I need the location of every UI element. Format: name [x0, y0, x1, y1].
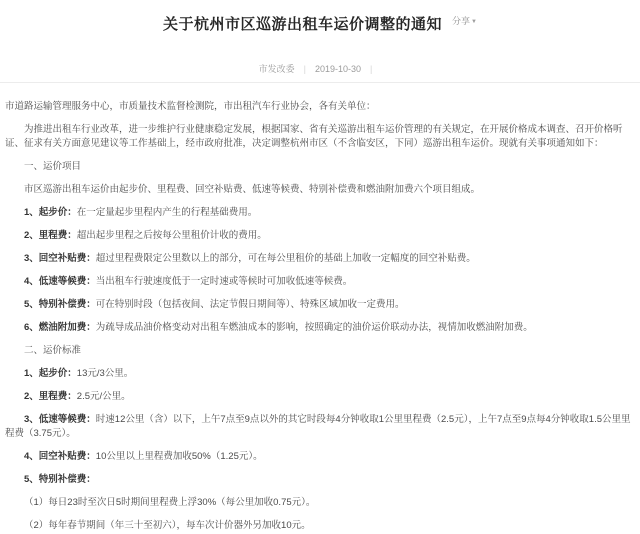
salutation: 市道路运输管理服务中心，市质量技术监督检测院，市出租汽车行业协会，各有关单位：	[5, 100, 634, 114]
fare-item: 2、里程费：2.5元/公里。	[5, 390, 634, 404]
fare-item-label: 1、起步价：	[24, 368, 77, 379]
fare-item-text: 为疏导成品油价格变动对出租车燃油成本的影响，按照确定的油价运价联动办法，视情加收…	[96, 322, 533, 333]
fare-item: 4、回空补贴费：10公里以上里程费加收50%（1.25元）。	[5, 450, 634, 464]
fare-item: 4、低速等候费：当出租车行驶速度低于一定时速或等候时可加收低速等候费。	[5, 275, 634, 289]
fare-item-label: 5、特别补偿费：	[24, 474, 96, 485]
document-body: 市道路运输管理服务中心，市质量技术监督检测院，市出租汽车行业协会，各有关单位： …	[0, 83, 640, 533]
fare-item: 3、低速等候费：时速12公里（含）以下，上午7点至9点以外的其它时段每4分钟收取…	[5, 413, 634, 441]
share-button[interactable]: 分享▼	[452, 14, 477, 27]
fare-item: 1、起步价：13元/3公里。	[5, 367, 634, 381]
fare-item-label: 2、里程费：	[24, 230, 77, 241]
caret-down-icon: ▼	[471, 19, 477, 25]
meta-date: 2019-10-30	[315, 64, 361, 74]
page-title: 关于杭州市区巡游出租车运价调整的通知	[163, 16, 442, 33]
section-1-heading: 一、运价项目	[5, 160, 634, 174]
fare-item: 1、起步价：在一定量起步里程内产生的行程基础费用。	[5, 206, 634, 220]
fare-item-text: 时速12公里（含）以下，上午7点至9点以外的其它时段每4分钟收取1公里里程费（2…	[5, 414, 631, 439]
fare-item-text: 2.5元/公里。	[77, 391, 131, 402]
fare-item: 5、特别补偿费：	[5, 473, 634, 487]
fare-item: 3、回空补贴费：超过里程费限定公里数以上的部分，可在每公里租价的基础上加收一定幅…	[5, 252, 634, 266]
fare-item-label: 3、回空补贴费：	[24, 253, 96, 264]
fare-item-label: 1、起步价：	[24, 207, 77, 218]
fare-subitem: （2）每年春节期间（年三十至初六），每车次计价器外另加收10元。	[5, 519, 634, 533]
section-2-heading: 二、运价标准	[5, 344, 634, 358]
fare-item: 5、特别补偿费：可在特别时段（包括夜间、法定节假日期间等）、特殊区域加收一定费用…	[5, 298, 634, 312]
fare-item-text: 当出租车行驶速度低于一定时速或等候时可加收低速等候费。	[96, 276, 353, 287]
meta-row: 市发改委|2019-10-30|	[0, 62, 640, 75]
fare-item-text: 13元/3公里。	[77, 368, 134, 379]
fare-item-label: 3、低速等候费：	[24, 414, 96, 425]
share-label: 分享	[452, 16, 470, 26]
fare-item: 6、燃油附加费：为疏导成品油价格变动对出租车燃油成本的影响，按照确定的油价运价联…	[5, 321, 634, 335]
fare-item-label: 2、里程费：	[24, 391, 77, 402]
fare-item-text: 10公里以上里程费加收50%（1.25元）。	[96, 451, 263, 462]
fare-item-label: 5、特别补偿费：	[24, 299, 96, 310]
fare-item-text: 超出起步里程之后按每公里租价计收的费用。	[77, 230, 267, 241]
meta-separator: |	[370, 64, 372, 74]
fare-item: 2、里程费：超出起步里程之后按每公里租价计收的费用。	[5, 229, 634, 243]
fare-item-text: 在一定量起步里程内产生的行程基础费用。	[77, 207, 258, 218]
fare-item-label: 6、燃油附加费：	[24, 322, 96, 333]
fare-item-text: 超过里程费限定公里数以上的部分，可在每公里租价的基础上加收一定幅度的回空补贴费。	[96, 253, 476, 264]
meta-source: 市发改委	[259, 64, 295, 74]
document-header: 关于杭州市区巡游出租车运价调整的通知分享▼ 市发改委|2019-10-30|	[0, 0, 640, 75]
notice-page: 关于杭州市区巡游出租车运价调整的通知分享▼ 市发改委|2019-10-30| 市…	[0, 0, 640, 534]
fare-item-label: 4、低速等候费：	[24, 276, 96, 287]
meta-separator: |	[304, 64, 306, 74]
section-1-lead: 市区巡游出租车运价由起步价、里程费、回空补贴费、低速等候费、特别补偿费和燃油附加…	[5, 183, 634, 197]
fare-item-text: 可在特别时段（包括夜间、法定节假日期间等）、特殊区域加收一定费用。	[96, 299, 405, 310]
fare-item-label: 4、回空补贴费：	[24, 451, 96, 462]
title-row: 关于杭州市区巡游出租车运价调整的通知分享▼	[0, 13, 640, 34]
intro-paragraph: 为推进出租车行业改革，进一步维护行业健康稳定发展，根据国家、省有关巡游出租车运价…	[5, 123, 634, 151]
fare-subitem: （1）每日23时至次日5时期间里程费上浮30%（每公里加收0.75元）。	[5, 496, 634, 510]
